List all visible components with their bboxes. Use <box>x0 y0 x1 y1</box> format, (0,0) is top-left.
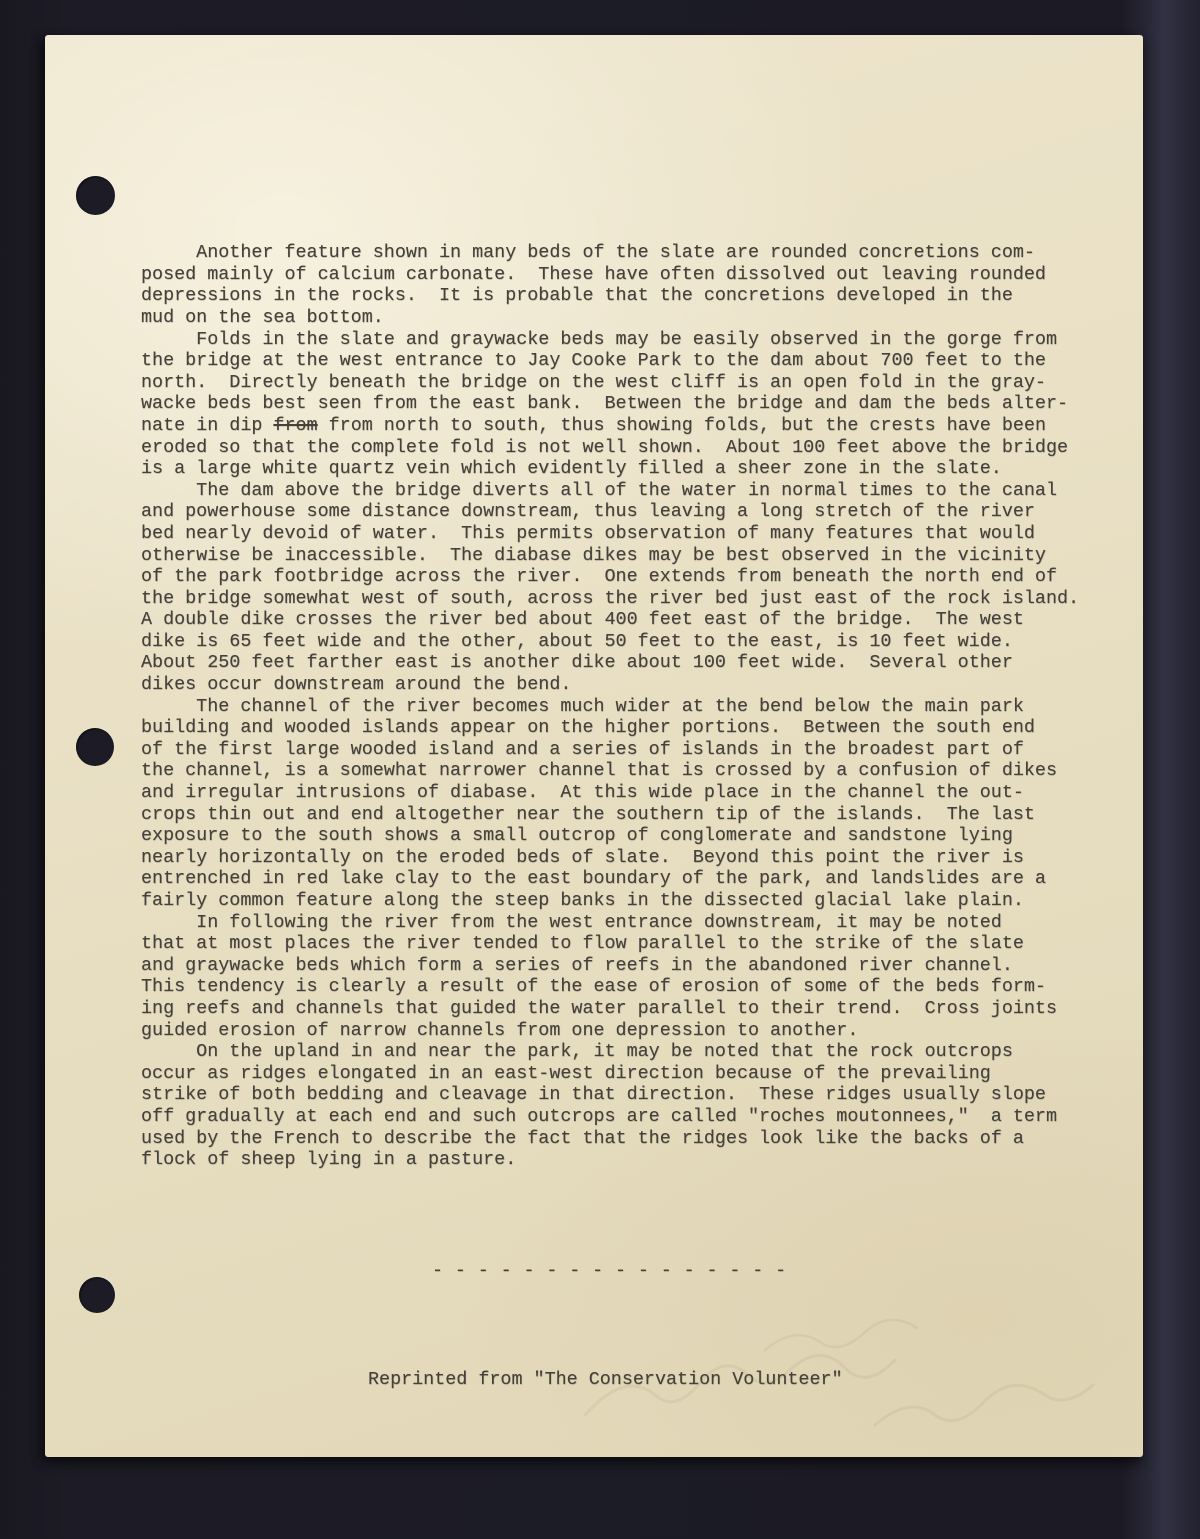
text-line: occur as ridges elongated in an east-wes… <box>141 1063 1106 1085</box>
text-line: dikes occur downstream around the bend. <box>141 674 1106 696</box>
text-line: In following the river from the west ent… <box>141 912 1106 934</box>
text-line: that at most places the river tended to … <box>141 933 1106 955</box>
text-line: nearly horizontally on the eroded beds o… <box>141 847 1106 869</box>
text-line: the bridge at the west entrance to Jay C… <box>141 350 1106 372</box>
text-line: About 250 feet farther east is another d… <box>141 652 1106 674</box>
text-line: wacke beds best seen from the east bank.… <box>141 393 1106 415</box>
paragraph: The dam above the bridge diverts all of … <box>141 480 1106 696</box>
text-line: crops thin out and end altogether near t… <box>141 804 1106 826</box>
text-line: The dam above the bridge diverts all of … <box>141 480 1106 502</box>
text-line: Folds in the slate and graywacke beds ma… <box>141 329 1106 351</box>
paragraphs-container: Another feature shown in many beds of th… <box>141 242 1106 1171</box>
text-line: A double dike crosses the river bed abou… <box>141 609 1106 631</box>
text-line: and powerhouse some distance downstream,… <box>141 501 1106 523</box>
text-line: otherwise be inaccessible. The diabase d… <box>141 545 1106 567</box>
typewritten-body: Another feature shown in many beds of th… <box>141 199 1106 1433</box>
paragraph: The channel of the river becomes much wi… <box>141 696 1106 912</box>
text-line: building and wooded islands appear on th… <box>141 717 1106 739</box>
hole-punch-top <box>76 176 115 215</box>
text-line: the channel, is a somewhat narrower chan… <box>141 760 1106 782</box>
text-line: used by the French to describe the fact … <box>141 1128 1106 1150</box>
text-line: posed mainly of calcium carbonate. These… <box>141 264 1106 286</box>
document-page: Another feature shown in many beds of th… <box>45 35 1143 1457</box>
faint-pencil-marks <box>565 1295 1125 1445</box>
text-line: eroded so that the complete fold is not … <box>141 437 1106 459</box>
paragraph: In following the river from the west ent… <box>141 912 1106 1042</box>
text-line: dike is 65 feet wide and the other, abou… <box>141 631 1106 653</box>
text-line: north. Directly beneath the bridge on th… <box>141 372 1106 394</box>
text-line: The channel of the river becomes much wi… <box>141 696 1106 718</box>
divider-dashes: - - - - - - - - - - - - - - - - <box>141 1260 1106 1282</box>
text-line: mud on the sea bottom. <box>141 307 1106 329</box>
paragraph: Another feature shown in many beds of th… <box>141 242 1106 328</box>
text-line: This tendency is clearly a result of the… <box>141 976 1106 998</box>
text-line: depressions in the rocks. It is probable… <box>141 285 1106 307</box>
text-line: bed nearly devoid of water. This permits… <box>141 523 1106 545</box>
text-line: guided erosion of narrow channels from o… <box>141 1020 1106 1042</box>
text-line: fairly common feature along the steep ba… <box>141 890 1106 912</box>
text-line: and graywacke beds which form a series o… <box>141 955 1106 977</box>
paragraph: On the upland in and near the park, it m… <box>141 1041 1106 1171</box>
text-line: is a large white quartz vein which evide… <box>141 458 1106 480</box>
hole-punch-bottom <box>79 1277 115 1313</box>
text-line: Another feature shown in many beds of th… <box>141 242 1106 264</box>
text-line: exposure to the south shows a small outc… <box>141 825 1106 847</box>
text-line: of the first large wooded island and a s… <box>141 739 1106 761</box>
text-line: of the park footbridge across the river.… <box>141 566 1106 588</box>
text-line: nate in dip from from north to south, th… <box>141 415 1106 437</box>
hole-punch-middle <box>76 728 114 766</box>
text-line: entrenched in red lake clay to the east … <box>141 868 1106 890</box>
text-line: and irregular intrusions of diabase. At … <box>141 782 1106 804</box>
text-line: off gradually at each end and such outcr… <box>141 1106 1106 1128</box>
text-line: strike of both bedding and cleavage in t… <box>141 1084 1106 1106</box>
text-line: On the upland in and near the park, it m… <box>141 1041 1106 1063</box>
text-line: the bridge somewhat west of south, acros… <box>141 588 1106 610</box>
text-line: flock of sheep lying in a pasture. <box>141 1149 1106 1171</box>
text-line: ing reefs and channels that guided the w… <box>141 998 1106 1020</box>
paragraph: Folds in the slate and graywacke beds ma… <box>141 329 1106 480</box>
struck-word: from <box>273 415 317 436</box>
